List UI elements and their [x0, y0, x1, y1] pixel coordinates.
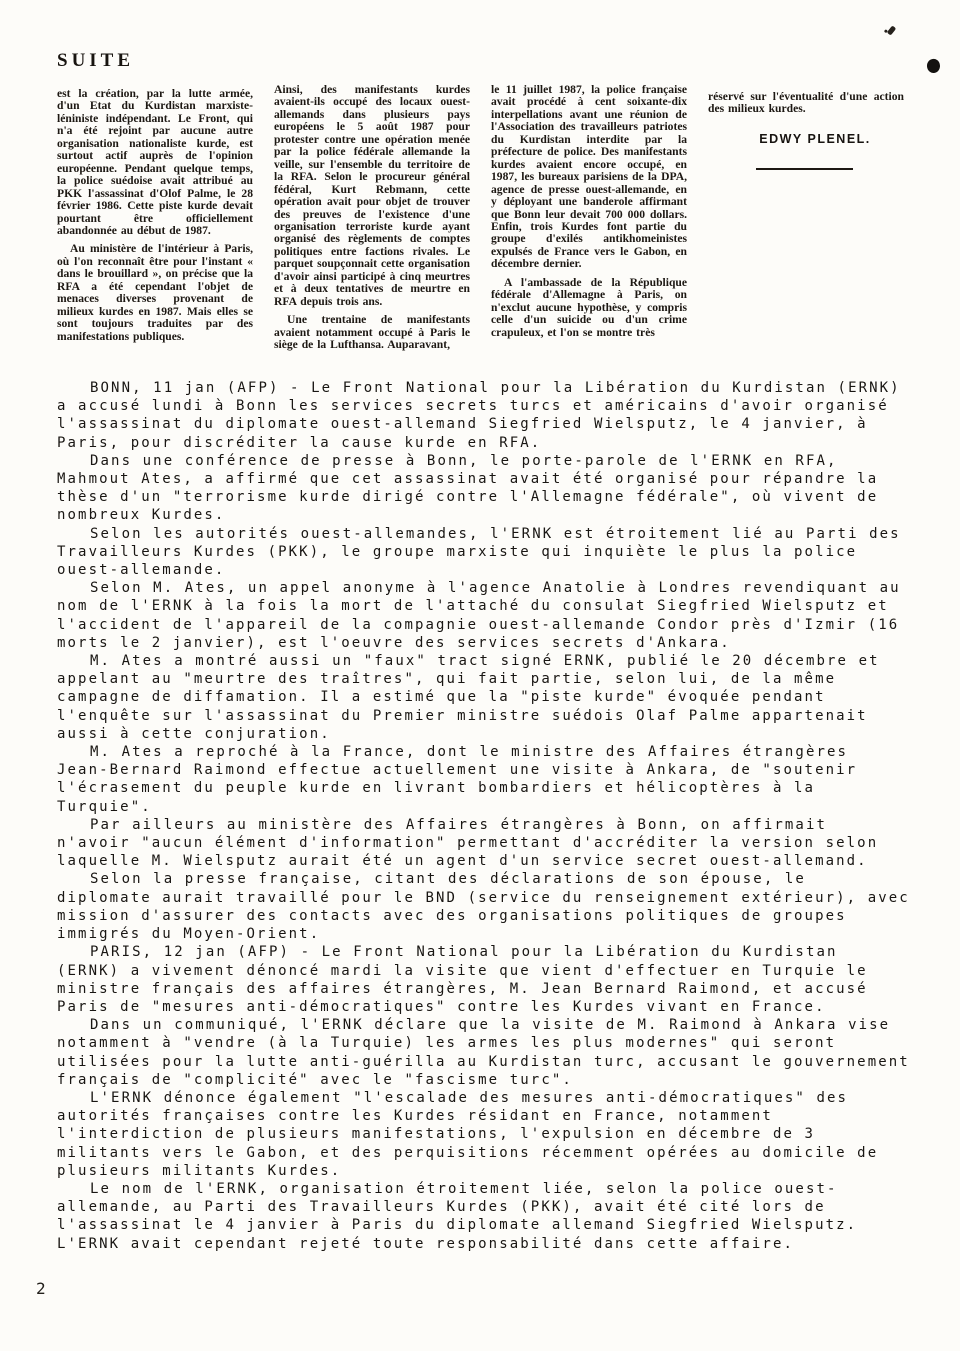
article-columns: est la création, par la lutte armée, d'u… [57, 84, 907, 352]
article-column-3: le 11 juillet 1987, la police française … [491, 84, 687, 352]
dispatch-paragraph: Selon les autorités ouest-allemandes, l'… [57, 525, 910, 580]
article-paragraph: est la création, par la lutte armée, d'u… [57, 88, 253, 237]
suite-heading: SUITE [57, 50, 134, 72]
byline: EDWY PLENEL. [708, 132, 904, 146]
scanned-newspaper-page: SUITE est la création, par la lutte armé… [0, 0, 960, 1351]
dispatch-paragraph: PARIS, 12 jan (AFP) - Le Front National … [57, 943, 910, 1016]
article-column-1: est la création, par la lutte armée, d'u… [57, 84, 253, 352]
dispatch-paragraph: BONN, 11 jan (AFP) - Le Front National p… [57, 379, 910, 452]
dispatch-paragraph: Dans une conférence de presse à Bonn, le… [57, 452, 910, 525]
divider-rule [756, 168, 853, 171]
scan-artifact-squiggle [887, 25, 896, 35]
page-number: 2 [36, 1280, 46, 1298]
dispatch-paragraph: M. Ates a montré aussi un "faux" tract s… [57, 652, 910, 743]
dispatch-paragraph: Dans un communiqué, l'ERNK déclare que l… [57, 1016, 910, 1089]
article-column-2: Ainsi, des manifestants kurdes avaient-i… [274, 84, 470, 352]
dispatch-paragraph: Selon M. Ates, un appel anonyme à l'agen… [57, 579, 910, 652]
dispatch-paragraph: Par ailleurs au ministère des Affaires é… [57, 816, 910, 871]
article-paragraph: Une trentaine de manifestants avaient no… [274, 314, 470, 351]
scan-artifact-dot [926, 58, 942, 74]
article-column-4: réservé sur l'éventualité d'une action d… [708, 84, 904, 352]
article-paragraph: A l'ambassade de la République fédérale … [491, 277, 687, 339]
afp-dispatches-block: BONN, 11 jan (AFP) - Le Front National p… [57, 379, 910, 1253]
article-paragraph: le 11 juillet 1987, la police française … [491, 84, 687, 271]
article-paragraph: Au ministère de l'intérieur à Paris, où … [57, 243, 253, 343]
dispatch-paragraph: Selon la presse française, citant des dé… [57, 870, 910, 943]
dispatch-paragraph: Le nom de l'ERNK, organisation étroiteme… [57, 1180, 910, 1253]
article-column-4-text: réservé sur l'éventualité d'une action d… [708, 91, 904, 116]
dispatch-paragraph: L'ERNK dénonce également "l'escalade des… [57, 1089, 910, 1180]
article-paragraph: Ainsi, des manifestants kurdes avaient-i… [274, 84, 470, 308]
article-paragraph: réservé sur l'éventualité d'une action d… [708, 91, 904, 116]
dispatch-paragraph: M. Ates a reproché à la France, dont le … [57, 743, 910, 816]
